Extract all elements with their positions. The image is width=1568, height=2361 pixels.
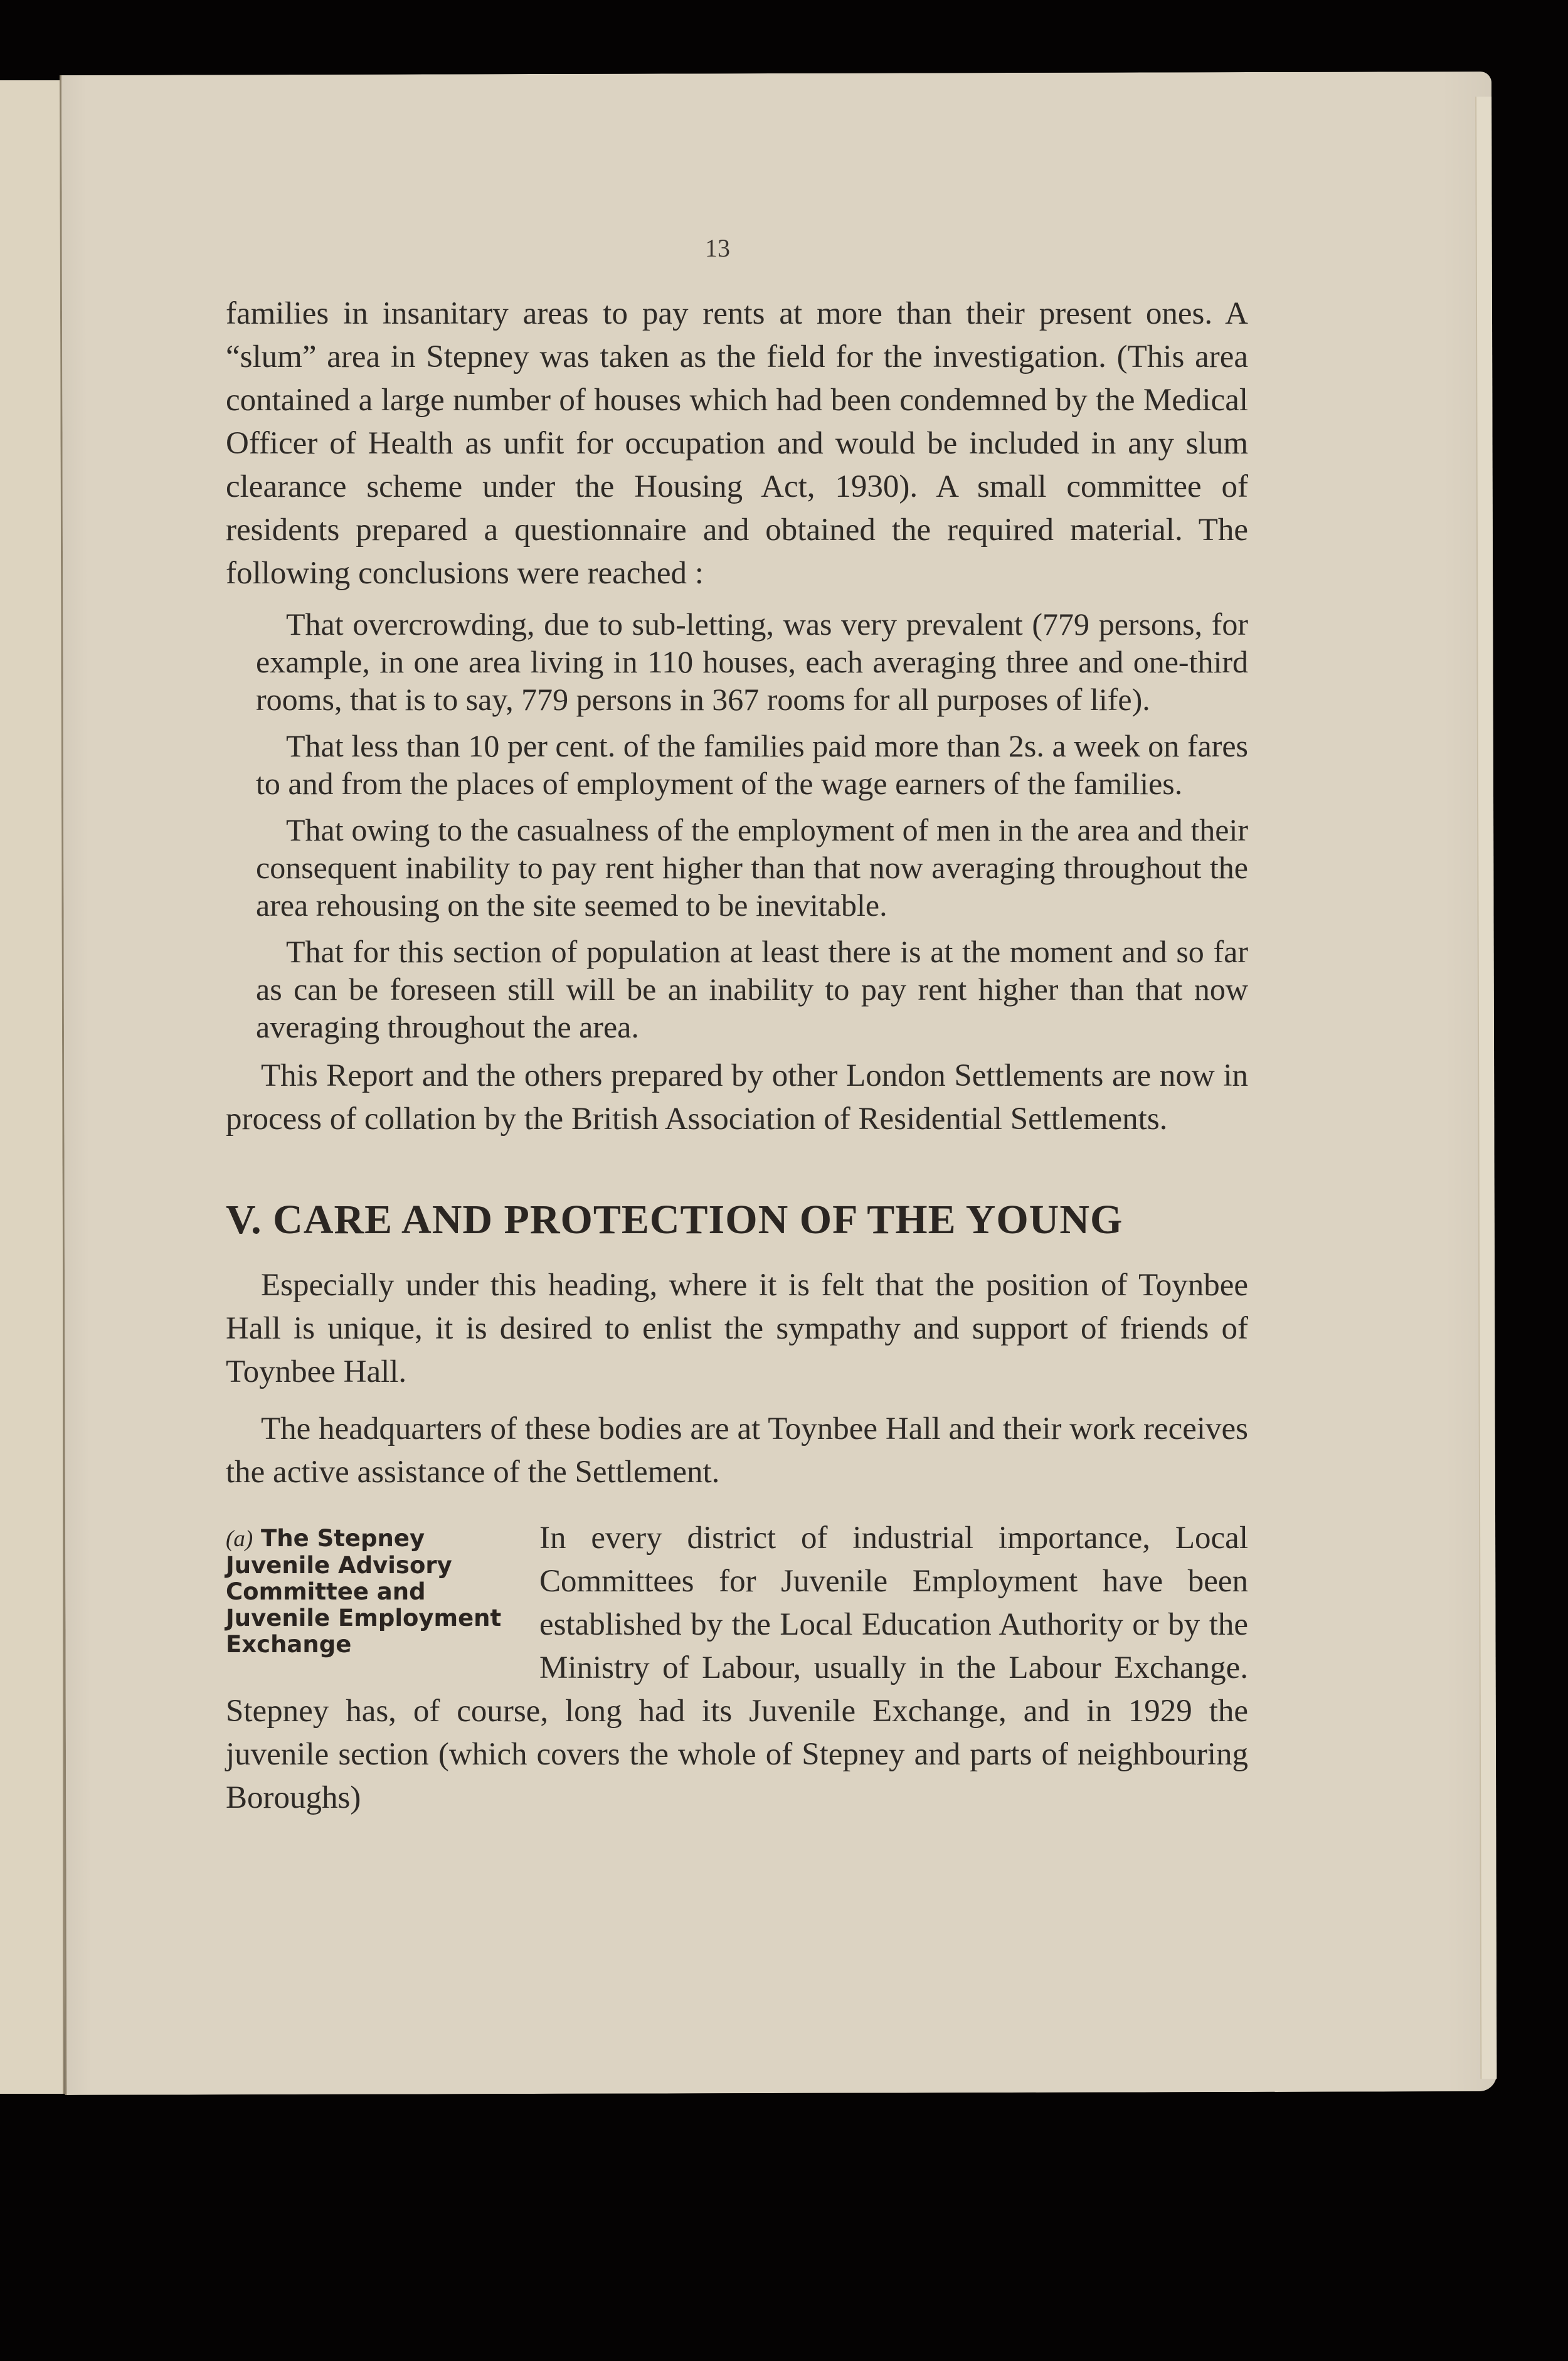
side-heading-text: The Stepney Juvenile Advisory Committee … — [226, 1525, 501, 1658]
closing-paragraph: This Report and the others prepared by o… — [226, 1054, 1248, 1141]
subsection-a: (a) The Stepney Juvenile Advisory Commit… — [226, 1517, 1248, 1820]
intro-paragraph: Especially under this heading, where it … — [226, 1264, 1248, 1394]
left-page-edge — [0, 80, 65, 2094]
intro-paragraph: The headquarters of these bodies are at … — [226, 1408, 1248, 1494]
opening-paragraph: families in insanitary areas to pay rent… — [226, 292, 1248, 595]
conclusion-item: That for this section of population at l… — [256, 933, 1248, 1046]
side-heading: (a) The Stepney Juvenile Advisory Commit… — [226, 1525, 521, 1658]
subsection-label: (a) — [226, 1526, 253, 1552]
conclusion-item: That owing to the casualness of the empl… — [256, 811, 1248, 924]
conclusions-list: That overcrowding, due to sub-letting, w… — [226, 605, 1248, 1046]
section-heading: V. CARE AND PROTECTION OF THE YOUNG — [226, 1195, 1248, 1245]
page-content: families in insanitary areas to pay rent… — [226, 232, 1248, 1820]
section-intro: Especially under this heading, where it … — [226, 1264, 1248, 1494]
page-fore-edge — [1475, 97, 1496, 2079]
conclusion-item: That overcrowding, due to sub-letting, w… — [256, 605, 1248, 718]
conclusion-item: That less than 10 per cent. of the famil… — [256, 727, 1248, 802]
